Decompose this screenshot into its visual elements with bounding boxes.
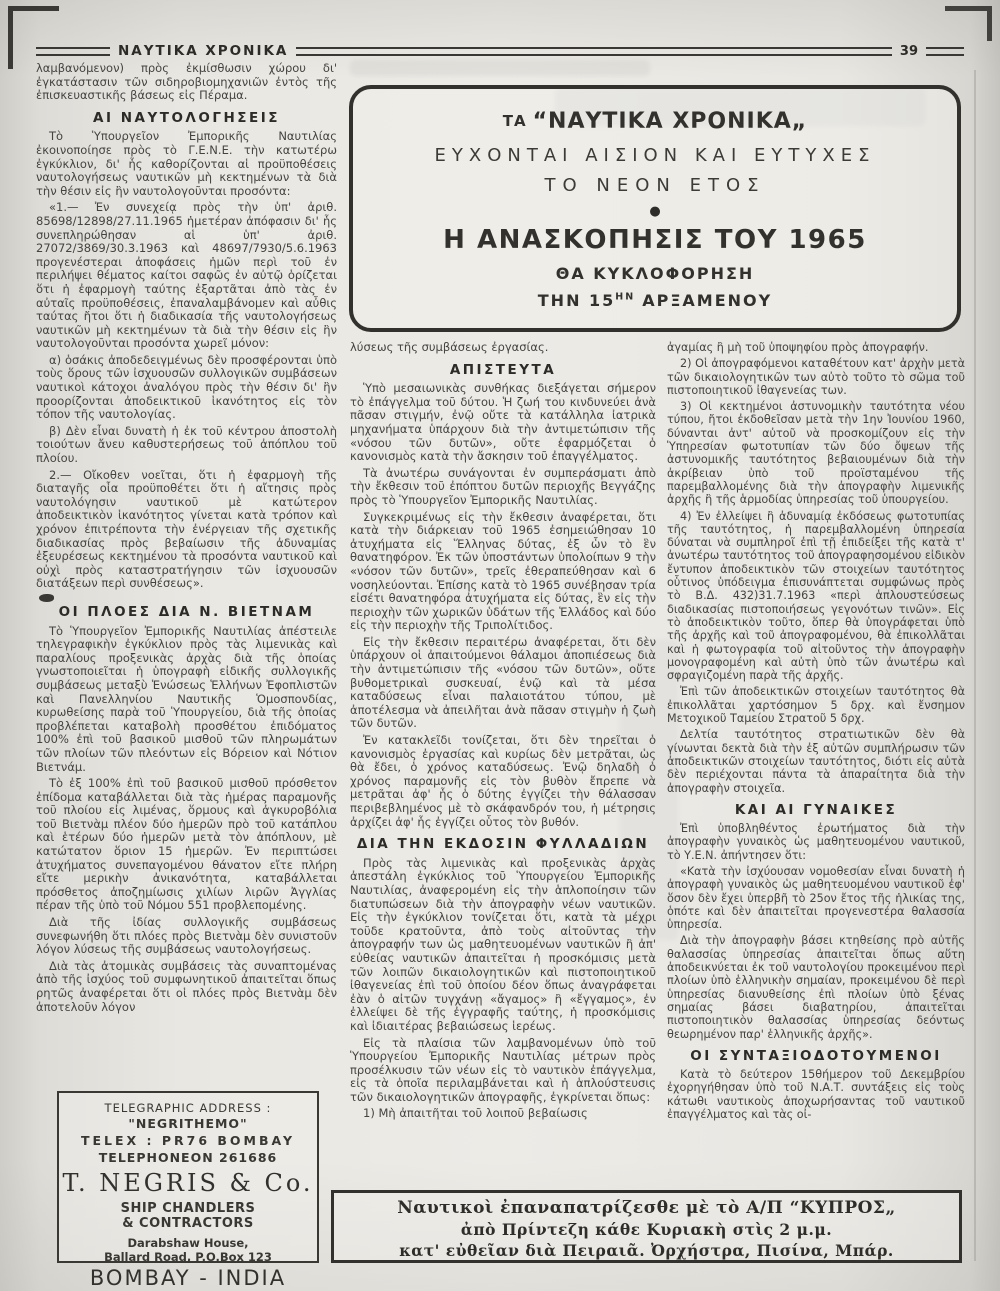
- banner-line1: Ναυτικοὶ ἐπαναπατρίζεσθε μὲ τὸ Α/Π “ΚΥΠΡ…: [334, 1198, 959, 1218]
- masthead-rule: [296, 47, 892, 56]
- printers-ornament: [39, 594, 54, 602]
- telephone-line: TELEPHONEON 261686: [59, 1150, 317, 1165]
- announcement-wish-line1: ΕΥΧΟΝΤΑΙ ΑΙΣΙΟΝ ΚΑΙ ΕΥΤΥΧΕΣ: [353, 145, 957, 166]
- address-line1: Darabshaw House,: [59, 1236, 317, 1250]
- heading-oi-syntaxiodotoymenoi: ΟΙ ΣΥΝΤΑΞΙΟΔΟΤΟΥΜΕΝΟΙ: [667, 1050, 965, 1063]
- heading-dia-tin-ekdosin-fylladion: ΔΙΑ ΤΗΝ ΕΚΔΟΣΙΝ ΦΥΛΛΑΔΙΩΝ: [350, 838, 656, 852]
- page-number: 39: [900, 44, 918, 59]
- announcement-wish-line2: ΤΟ ΝΕΟΝ ΕΤΟΣ: [353, 175, 957, 196]
- masthead-rule: [36, 47, 110, 56]
- paragraph: Δελτία ταυτότητος στρατιωτικῶν δὲν θὰ γί…: [667, 728, 965, 794]
- kypros-banner-advertisement: Ναυτικοὶ ἐπαναπατρίζεσθε μὲ τὸ Α/Π “ΚΥΠΡ…: [331, 1190, 962, 1263]
- announcement-review-title: Η ΑΝΑΣΚΟΠΗΣΙΣ ΤΟΥ 1965: [353, 225, 957, 255]
- paragraph: Τὰ ἀνωτέρω συνάγονται ἐν συμπεράσματι ἀπ…: [350, 467, 656, 508]
- paragraph: Κατὰ τὸ δεύτερον 15θήμερον τοῦ Δεκεμβρίο…: [667, 1068, 965, 1121]
- announcement-box: ΤΑ“ΝΑΥΤΙΚΑ ΧΡΟΝΙΚΑ„ ΕΥΧΟΝΤΑΙ ΑΙΣΙΟΝ ΚΑΙ …: [349, 85, 961, 332]
- banner-line2: ἀπὸ Πρίντεζη κάθε Κυριακὴ στὶς 2 μ.μ.: [334, 1220, 959, 1239]
- announcement-prefix: ΤΑ: [503, 112, 527, 130]
- paragraph: Εἰς τὰ πλαίσια τῶν λαμβανομένων ὑπὸ τοῦ …: [350, 1037, 656, 1105]
- paragraph: Ἐπὶ ὑποβληθέντος ἐρωτήματος διὰ τὴν ἀπογ…: [667, 822, 965, 862]
- paragraph: Διὰ τὴν ἀπογραφὴν βάσει κτηθείσης πρὸ αὐ…: [667, 934, 965, 1040]
- paragraph: Συγκεκριμένως εἰς τὴν ἔκθεσιν ἀναφέρεται…: [350, 511, 656, 633]
- company-name: T. NEGRIS & Co.: [59, 1169, 317, 1197]
- paragraph: 2.— Οἴκοθεν νοεῖται, ὅτι ἡ ἐφαρμογὴ τῆς …: [36, 469, 337, 591]
- paragraph: 4) Ἐν ἐλλείψει ἢ ἀδυναμίᾳ ἐκδόσεως φωτοτ…: [667, 510, 965, 683]
- heading-ai-naftologiseis: ΑΙ ΝΑΥΤΟΛΟΓΗΣΕΙΣ: [36, 112, 337, 126]
- showthrough-smudge: [350, 60, 650, 76]
- telex-line: TELEX : PR76 BOMBAY: [59, 1133, 317, 1148]
- paragraph: Τὸ Ὑπουργεῖον Ἐμπορικῆς Ναυτιλίας ἀπέστε…: [36, 625, 337, 775]
- paragraph: λύσεως τῆς συμβάσεως ἐργασίας.: [350, 341, 656, 355]
- address-city: BOMBAY - INDIA: [59, 1266, 317, 1290]
- masthead-rule: [926, 47, 964, 56]
- date-part: ΑΡΞΑΜΕΝΟΥ: [642, 291, 772, 310]
- paragraph: Ἐπὶ τῶν ἀποδεικτικῶν στοιχείων ταυτότητο…: [667, 685, 965, 725]
- telegraphic-address-name: "NEGRITHEMO": [59, 1116, 317, 1131]
- paragraph: «Κατὰ τὴν ἰσχύουσαν νομοθεσίαν εἶναι δυν…: [667, 865, 965, 931]
- paragraph: Τὸ Ὑπουργεῖον Ἐμπορικῆς Ναυτιλίας ἐκοινο…: [36, 130, 337, 198]
- right-column: ἀγαμίας ἢ μὴ τοῦ ὑποψηφίου πρὸς ἀπογραφή…: [667, 341, 965, 1187]
- paragraph: β) Δὲν εἶναι δυνατὴ ἡ ἐκ τοῦ κέντρου ἀπο…: [36, 425, 337, 466]
- announcement-circulation-line: ΘΑ ΚΥΚΛΟΦΟΡΗΣΗ: [353, 264, 957, 283]
- paragraph: λαμβανόμενον) πρὸς ἐκμίσθωσιν χώρου δι' …: [36, 62, 337, 103]
- date-superscript: ΗΝ: [615, 292, 635, 303]
- date-part: ΤΗΝ 15: [538, 291, 616, 310]
- paragraph: α) ὁσάκις ἀποδεδειγμένως δὲν προσφέροντα…: [36, 354, 337, 422]
- masthead: ΝΑΥΤΙΚΑ ΧΡΟΝΙΚΑ 39: [36, 42, 964, 60]
- paragraph: Ἐν κατακλεῖδι τονίζεται, ὅτι δὲν τηρεῖτα…: [350, 734, 656, 829]
- announcement-title: “ΝΑΥΤΙΚΑ ΧΡΟΝΙΚΑ„: [533, 109, 808, 134]
- company-role-line2: & CONTRACTORS: [59, 1216, 317, 1231]
- scan-corner-mark-right: [945, 6, 992, 41]
- paragraph: Ὑπὸ μεσαιωνικὰς συνθήκας διεξάγεται σήμε…: [350, 382, 656, 464]
- negris-advertisement: TELEGRAPHIC ADDRESS : "NEGRITHEMO" TELEX…: [57, 1091, 319, 1263]
- paragraph: Εἰς τὴν ἔκθεσιν περαιτέρω ἀναφέρεται, ὅτ…: [350, 636, 656, 731]
- publication-title: ΝΑΥΤΙΚΑ ΧΡΟΝΙΚΑ: [118, 43, 288, 59]
- paragraph: Πρὸς τὰς λιμενικὰς καὶ προξενικὰς ἀρχὰς …: [350, 857, 656, 1034]
- left-column: λαμβανόμενον) πρὸς ἐκμίσθωσιν χώρου δι' …: [36, 62, 337, 1084]
- heading-apisteyta: ΑΠΙΣΤΕΥΤΑ: [350, 364, 656, 378]
- company-role-line1: SHIP CHANDLERS: [59, 1201, 317, 1216]
- paragraph: 3) Οἱ κεκτημένοι ἀστυνομικὴν ταυτότητα ν…: [667, 400, 965, 506]
- paragraph: «1.— Ἐν συνεχείᾳ πρὸς τὴν ὑπ' ἀριθ. 8569…: [36, 201, 337, 351]
- announcement-publication-line: ΤΑ“ΝΑΥΤΙΚΑ ΧΡΟΝΙΚΑ„: [353, 109, 957, 134]
- announcement-date-line: ΤΗΝ 15ΗΝΑΡΞΑΜΕΝΟΥ: [353, 291, 957, 310]
- address-line2: Ballard Road, P.O.Box 123: [59, 1250, 317, 1264]
- paragraph: ἀγαμίας ἢ μὴ τοῦ ὑποψηφίου πρὸς ἀπογραφή…: [667, 341, 965, 354]
- paragraph: Διὰ τῆς ἰδίας συλλογικῆς συμβάσεως συνεφ…: [36, 916, 337, 957]
- telegraphic-address-label: TELEGRAPHIC ADDRESS :: [59, 1101, 317, 1115]
- paragraph: Διὰ τὰς ἀτομικὰς συμβάσεις τὰς συναπτομέ…: [36, 960, 337, 1014]
- bullet-ornament: ●: [353, 204, 957, 219]
- paragraph: 1) Μὴ ἀπαιτῆται τοῦ λοιποῦ βεβαίωσις: [350, 1107, 656, 1121]
- heading-kai-ai-gynaikes: ΚΑΙ ΑΙ ΓΥΝΑΙΚΕΣ: [667, 804, 965, 817]
- middle-column: λύσεως τῆς συμβάσεως ἐργασίας. ΑΠΙΣΤΕΥΤΑ…: [350, 341, 656, 1189]
- paragraph: Τὸ ἐξ 100% ἐπὶ τοῦ βασικοῦ μισθοῦ πρόσθε…: [36, 777, 337, 913]
- heading-oi-ploes-dia-n-vietnam: ΟΙ ΠΛΟΕΣ ΔΙΑ Ν. ΒΙΕΤΝΑΜ: [36, 606, 337, 620]
- banner-line3: κατ' εὐθεῖαν διὰ Πειραιᾶ. Ὀρχήστρα, Πισί…: [334, 1241, 959, 1260]
- page-edge-line: [974, 70, 976, 1261]
- paragraph: 2) Οἱ ἀπογραφόμενοι καταθέτουν κατ' ἀρχὴ…: [667, 357, 965, 397]
